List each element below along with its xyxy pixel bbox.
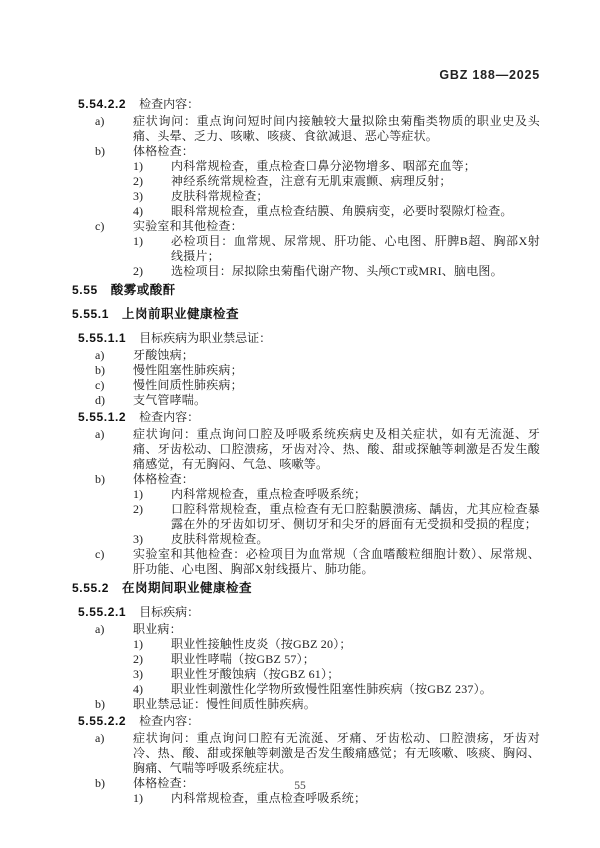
list-item-a: a) 症状询问：重点询问口腔有无流涎、牙痛、牙齿松动、口腔溃疡，牙齿对冷、热、酸… xyxy=(72,731,540,776)
document-standard-number: GBZ 188—2025 xyxy=(439,68,540,82)
list-item-text: 实验室和其他检查：必检项目为血常规（含血嗜酸粒细胞计数）、尿常规、肝功能、心电图… xyxy=(133,547,540,577)
list-item-b: b) 体格检查： xyxy=(72,144,540,159)
list-item-marker: b) xyxy=(95,697,133,712)
list-item-text: 慢性阻塞性肺疾病； xyxy=(133,363,540,378)
list-item-marker: c) xyxy=(95,378,133,393)
list-item-a: a) 牙酸蚀病； xyxy=(72,348,540,363)
list-item-text: 实验室和其他检查： xyxy=(133,219,540,234)
list-item-marker: b) xyxy=(95,363,133,378)
sub-item-2: 2) 职业性哮喘（按GBZ 57）； xyxy=(72,652,540,667)
list-item-marker: c) xyxy=(95,219,133,234)
list-item-text: 职业病： xyxy=(133,622,540,637)
sub-item-3: 3) 皮肤科常规检查。 xyxy=(72,532,540,547)
clause-heading-5-54-2-2: 5.54.2.2 检查内容： xyxy=(72,97,540,112)
sub-item-text: 内科常规检查，重点检查呼吸系统； xyxy=(171,487,540,502)
sub-item-text: 职业性哮喘（按GBZ 57）； xyxy=(171,652,540,667)
list-item-marker: b) xyxy=(95,472,133,487)
clause-number: 5.55.1.2 xyxy=(78,410,126,425)
sub-item-4: 4) 眼科常规检查，重点检查结膜、角膜病变，必要时裂隙灯检查。 xyxy=(72,204,540,219)
sub-item-1: 1) 内科常规检查，重点检查口鼻分泌物增多、咽部充血等； xyxy=(72,159,540,174)
clause-title: 检查内容： xyxy=(139,97,199,112)
list-item-text: 症状询问：重点询问短时间内接触较大量拟除虫菊酯类物质的职业史及头痛、头晕、乏力、… xyxy=(133,114,540,144)
sub-item-marker: 1) xyxy=(133,159,171,174)
clause-number: 5.54.2.2 xyxy=(78,97,126,112)
list-item-d: d) 支气管哮喘。 xyxy=(72,393,540,408)
clause-heading-5-55-2-2: 5.55.2.2 检查内容： xyxy=(72,714,540,729)
sub-item-marker: 3) xyxy=(133,667,171,682)
list-item-text: 体格检查： xyxy=(133,144,540,159)
sub-item-text: 眼科常规检查，重点检查结膜、角膜病变，必要时裂隙灯检查。 xyxy=(171,204,540,219)
list-item-b: b) 慢性阻塞性肺疾病； xyxy=(72,363,540,378)
sub-item-1: 1) 内科常规检查，重点检查呼吸系统； xyxy=(72,487,540,502)
clause-title: 目标疾病： xyxy=(139,605,199,620)
sub-item-3: 3) 皮肤科常规检查； xyxy=(72,189,540,204)
clause-title: 在岗期间职业健康检查 xyxy=(122,581,252,596)
list-item-text: 体格检查： xyxy=(133,472,540,487)
sub-item-text: 神经系统常规检查，注意有无肌束震颤、病理反射； xyxy=(171,174,540,189)
document-page: GBZ 188—2025 5.54.2.2 检查内容： a) 症状询问：重点询问… xyxy=(0,0,600,848)
sub-item-marker: 3) xyxy=(133,189,171,204)
list-item-marker: a) xyxy=(95,348,133,363)
sub-item-text: 职业性牙酸蚀病（按GBZ 61）； xyxy=(171,667,540,682)
clause-title: 目标疾病为职业禁忌证： xyxy=(139,331,271,346)
page-number: 55 xyxy=(0,780,600,792)
clause-heading-5-55-1-1: 5.55.1.1 目标疾病为职业禁忌证： xyxy=(72,331,540,346)
sub-item-text: 内科常规检查，重点检查呼吸系统； xyxy=(171,791,540,806)
list-item-text: 慢性间质性肺疾病； xyxy=(133,378,540,393)
clause-title: 检查内容： xyxy=(139,714,199,729)
list-item-b: b) 体格检查： xyxy=(72,472,540,487)
clause-number: 5.55.1.1 xyxy=(78,331,126,346)
list-item-text: 牙酸蚀病； xyxy=(133,348,540,363)
sub-item-marker: 1) xyxy=(133,637,171,652)
list-item-c: c) 实验室和其他检查： xyxy=(72,219,540,234)
sub-item-text: 必检项目：血常规、尿常规、肝功能、心电图、肝脾B超、胸部X射线摄片； xyxy=(171,234,540,264)
list-item-a: a) 职业病： xyxy=(72,622,540,637)
clause-number: 5.55.2 xyxy=(72,581,109,596)
list-item-marker: c) xyxy=(95,547,133,577)
sub-item-marker: 1) xyxy=(133,791,171,806)
sub-item-3: 3) 职业性牙酸蚀病（按GBZ 61）； xyxy=(72,667,540,682)
sub-item-text: 皮肤科常规检查。 xyxy=(171,532,540,547)
sub-item-2: 2) 神经系统常规检查，注意有无肌束震颤、病理反射； xyxy=(72,174,540,189)
list-item-marker: a) xyxy=(95,622,133,637)
document-body: 5.54.2.2 检查内容： a) 症状询问：重点询问短时间内接触较大量拟除虫菊… xyxy=(72,95,540,806)
sub-item-text: 职业性刺激性化学物所致慢性阻塞性肺疾病（按GBZ 237）。 xyxy=(171,682,540,697)
clause-heading-5-55-1: 5.55.1 上岗前职业健康检查 xyxy=(72,307,540,322)
list-item-marker: b) xyxy=(95,144,133,159)
list-item-marker: d) xyxy=(95,393,133,408)
clause-number: 5.55 xyxy=(72,283,98,298)
list-item-text: 症状询问：重点询问口腔及呼吸系统疾病史及相关症状，如有无流涎、牙痛、牙齿松动、口… xyxy=(133,427,540,472)
sub-item-2: 2) 口腔科常规检查，重点检查有无口腔黏膜溃疡、龋齿，尤其应检查暴露在外的牙齿如… xyxy=(72,502,540,532)
sub-item-marker: 1) xyxy=(133,234,171,264)
clause-number: 5.55.2.2 xyxy=(78,714,126,729)
list-item-text: 职业禁忌证：慢性间质性肺疾病。 xyxy=(133,697,540,712)
list-item-text: 支气管哮喘。 xyxy=(133,393,540,408)
list-item-c: c) 实验室和其他检查：必检项目为血常规（含血嗜酸粒细胞计数）、尿常规、肝功能、… xyxy=(72,547,540,577)
clause-title: 酸雾或酸酐 xyxy=(111,283,176,298)
sub-item-marker: 2) xyxy=(133,174,171,189)
sub-item-2: 2) 选检项目：尿拟除虫菊酯代谢产物、头颅CT或MRI、脑电图。 xyxy=(72,264,540,279)
sub-item-text: 皮肤科常规检查； xyxy=(171,189,540,204)
sub-item-1: 1) 必检项目：血常规、尿常规、肝功能、心电图、肝脾B超、胸部X射线摄片； xyxy=(72,234,540,264)
sub-item-text: 职业性接触性皮炎（按GBZ 20）； xyxy=(171,637,540,652)
list-item-a: a) 症状询问：重点询问短时间内接触较大量拟除虫菊酯类物质的职业史及头痛、头晕、… xyxy=(72,114,540,144)
list-item-marker: a) xyxy=(95,731,133,776)
sub-item-marker: 3) xyxy=(133,532,171,547)
clause-title: 检查内容： xyxy=(139,410,199,425)
clause-heading-5-55: 5.55 酸雾或酸酐 xyxy=(72,283,540,298)
list-item-marker: a) xyxy=(95,427,133,472)
list-item-c: c) 慢性间质性肺疾病； xyxy=(72,378,540,393)
sub-item-marker: 4) xyxy=(133,682,171,697)
clause-heading-5-55-2: 5.55.2 在岗期间职业健康检查 xyxy=(72,581,540,596)
sub-item-1: 1) 职业性接触性皮炎（按GBZ 20）； xyxy=(72,637,540,652)
list-item-a: a) 症状询问：重点询问口腔及呼吸系统疾病史及相关症状，如有无流涎、牙痛、牙齿松… xyxy=(72,427,540,472)
sub-item-marker: 2) xyxy=(133,264,171,279)
sub-item-text: 口腔科常规检查，重点检查有无口腔黏膜溃疡、龋齿，尤其应检查暴露在外的牙齿如切牙、… xyxy=(171,502,540,532)
sub-item-marker: 2) xyxy=(133,652,171,667)
clause-title: 上岗前职业健康检查 xyxy=(122,307,239,322)
clause-number: 5.55.1 xyxy=(72,307,109,322)
clause-heading-5-55-2-1: 5.55.2.1 目标疾病： xyxy=(72,605,540,620)
sub-item-4: 4) 职业性刺激性化学物所致慢性阻塞性肺疾病（按GBZ 237）。 xyxy=(72,682,540,697)
list-item-b: b) 职业禁忌证：慢性间质性肺疾病。 xyxy=(72,697,540,712)
clause-number: 5.55.2.1 xyxy=(78,605,126,620)
clause-heading-5-55-1-2: 5.55.1.2 检查内容： xyxy=(72,410,540,425)
sub-item-1: 1) 内科常规检查，重点检查呼吸系统； xyxy=(72,791,540,806)
list-item-marker: a) xyxy=(95,114,133,144)
sub-item-text: 内科常规检查，重点检查口鼻分泌物增多、咽部充血等； xyxy=(171,159,540,174)
sub-item-marker: 1) xyxy=(133,487,171,502)
sub-item-marker: 2) xyxy=(133,502,171,532)
sub-item-marker: 4) xyxy=(133,204,171,219)
list-item-text: 症状询问：重点询问口腔有无流涎、牙痛、牙齿松动、口腔溃疡，牙齿对冷、热、酸、甜或… xyxy=(133,731,540,776)
sub-item-text: 选检项目：尿拟除虫菊酯代谢产物、头颅CT或MRI、脑电图。 xyxy=(171,264,540,279)
